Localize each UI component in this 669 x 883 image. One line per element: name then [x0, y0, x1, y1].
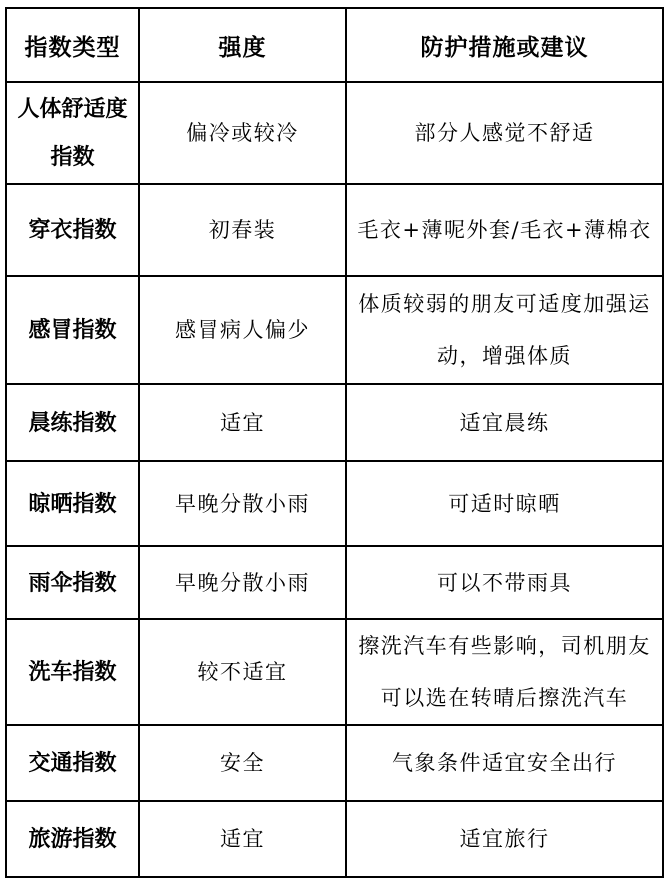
table-row: 人体舒适度指数 偏冷或较冷 部分人感觉不舒适 — [6, 82, 663, 184]
strength-cell: 初春装 — [139, 184, 346, 276]
strength-cell: 较不适宜 — [139, 619, 346, 725]
table-row: 穿衣指数 初春装 毛衣+薄呢外套/毛衣+薄棉衣 — [6, 184, 663, 276]
table-row: 旅游指数 适宜 适宜旅行 — [6, 801, 663, 877]
strength-cell: 早晚分散小雨 — [139, 461, 346, 546]
index-type-cell: 洗车指数 — [6, 619, 139, 725]
table-body: 人体舒适度指数 偏冷或较冷 部分人感觉不舒适 穿衣指数 初春装 毛衣+薄呢外套/… — [6, 82, 663, 877]
index-type-cell: 雨伞指数 — [6, 546, 139, 619]
strength-cell: 偏冷或较冷 — [139, 82, 346, 184]
strength-cell: 安全 — [139, 725, 346, 801]
index-type-cell: 晾晒指数 — [6, 461, 139, 546]
advice-cell: 可以不带雨具 — [346, 546, 663, 619]
advice-cell: 部分人感觉不舒适 — [346, 82, 663, 184]
index-type-cell: 人体舒适度指数 — [6, 82, 139, 184]
advice-cell: 体质较弱的朋友可适度加强运动，增强体质 — [346, 276, 663, 384]
header-row: 指数类型 强度 防护措施或建议 — [6, 8, 663, 82]
advice-cell: 气象条件适宜安全出行 — [346, 725, 663, 801]
index-type-cell: 交通指数 — [6, 725, 139, 801]
table-row: 感冒指数 感冒病人偏少 体质较弱的朋友可适度加强运动，增强体质 — [6, 276, 663, 384]
strength-cell: 适宜 — [139, 801, 346, 877]
advice-cell: 擦洗汽车有些影响，司机朋友可以选在转晴后擦洗汽车 — [346, 619, 663, 725]
strength-cell: 适宜 — [139, 384, 346, 461]
table-row: 洗车指数 较不适宜 擦洗汽车有些影响，司机朋友可以选在转晴后擦洗汽车 — [6, 619, 663, 725]
header-strength: 强度 — [139, 8, 346, 82]
strength-cell: 感冒病人偏少 — [139, 276, 346, 384]
advice-cell: 适宜旅行 — [346, 801, 663, 877]
table-row: 交通指数 安全 气象条件适宜安全出行 — [6, 725, 663, 801]
index-type-cell: 旅游指数 — [6, 801, 139, 877]
header-advice: 防护措施或建议 — [346, 8, 663, 82]
page: 指数类型 强度 防护措施或建议 人体舒适度指数 偏冷或较冷 部分人感觉不舒适 穿… — [0, 0, 669, 883]
table-row: 晾晒指数 早晚分散小雨 可适时晾晒 — [6, 461, 663, 546]
advice-cell: 可适时晾晒 — [346, 461, 663, 546]
table-header: 指数类型 强度 防护措施或建议 — [6, 8, 663, 82]
index-type-cell: 穿衣指数 — [6, 184, 139, 276]
index-type-cell: 感冒指数 — [6, 276, 139, 384]
table-row: 晨练指数 适宜 适宜晨练 — [6, 384, 663, 461]
index-type-cell: 晨练指数 — [6, 384, 139, 461]
table-row: 雨伞指数 早晚分散小雨 可以不带雨具 — [6, 546, 663, 619]
advice-cell: 毛衣+薄呢外套/毛衣+薄棉衣 — [346, 184, 663, 276]
weather-index-table: 指数类型 强度 防护措施或建议 人体舒适度指数 偏冷或较冷 部分人感觉不舒适 穿… — [5, 7, 664, 878]
header-index-type: 指数类型 — [6, 8, 139, 82]
advice-cell: 适宜晨练 — [346, 384, 663, 461]
strength-cell: 早晚分散小雨 — [139, 546, 346, 619]
